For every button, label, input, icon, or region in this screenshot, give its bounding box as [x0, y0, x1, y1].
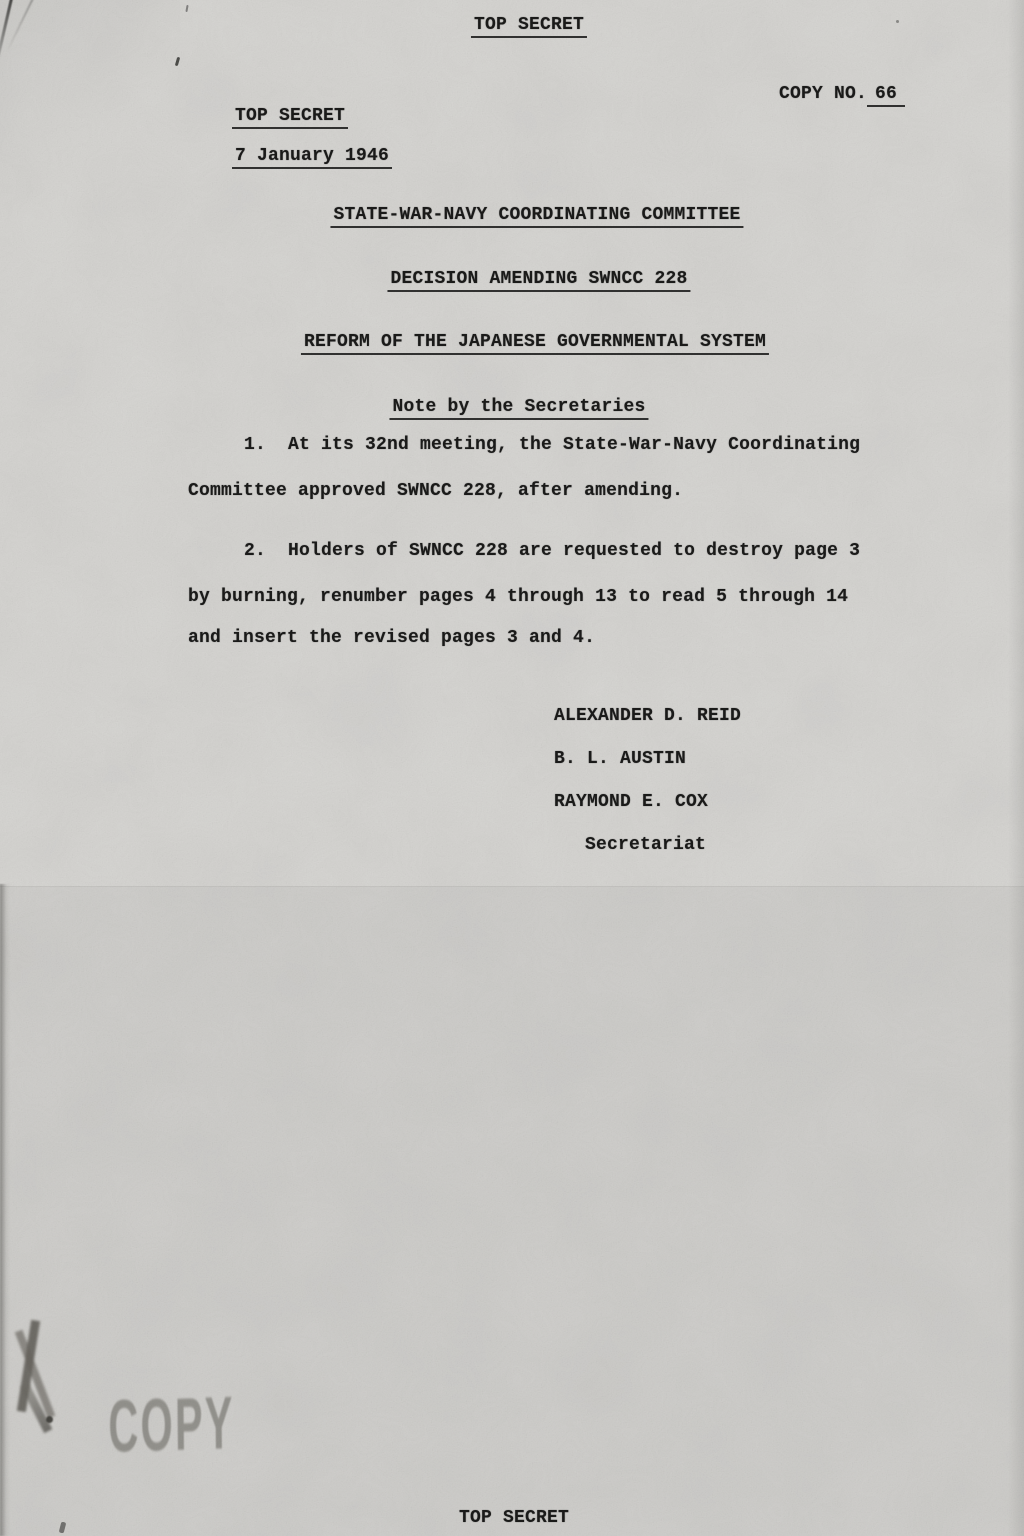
signature-name-1: ALEXANDER D. REID	[554, 705, 741, 727]
scan-left-edge-shadow	[0, 884, 10, 1536]
signature-name-2: B. L. AUSTIN	[554, 748, 686, 770]
classification-footer: TOP SECRET	[459, 1507, 569, 1529]
document-date-text: 7 January 1946	[232, 145, 392, 169]
title-subject-text: REFORM OF THE JAPANESE GOVERNMENTAL SYST…	[301, 331, 769, 355]
copy-number-value: 66	[867, 83, 905, 107]
classification-banner-top: TOP SECRET	[427, 0, 587, 60]
title-committee: STATE-WAR-NAVY COORDINATING COMMITTEE	[286, 182, 743, 250]
paragraph-2-line-1: 2. Holders of SWNCC 228 are requested to…	[244, 540, 860, 562]
ink-speck	[185, 5, 188, 12]
note-heading: Note by the Secretaries	[345, 374, 648, 442]
note-heading-text: Note by the Secretaries	[389, 396, 648, 420]
title-subject: REFORM OF THE JAPANESE GOVERNMENTAL SYST…	[257, 309, 769, 377]
ink-speck	[896, 20, 899, 23]
title-decision-text: DECISION AMENDING SWNCC 228	[387, 268, 690, 292]
paragraph-1-line-1: 1. At its 32nd meeting, the State-War-Na…	[244, 434, 860, 456]
paper-tear-dot	[46, 1416, 53, 1423]
copy-number-line: COPY NO.66	[779, 83, 905, 107]
title-decision: DECISION AMENDING SWNCC 228	[343, 246, 690, 314]
scanned-document-page: TOP SECRET TOP SECRET COPY NO.66 7 Janua…	[0, 0, 1024, 1536]
scan-shading-top-left	[0, 0, 180, 220]
copy-number-label: COPY NO.	[779, 84, 867, 104]
paragraph-2-line-2: by burning, renumber pages 4 through 13 …	[188, 586, 848, 608]
copy-stamp: COPY	[108, 1386, 235, 1464]
scan-shading-right-edge	[1008, 0, 1024, 1536]
paragraph-1-line-2: Committee approved SWNCC 228, after amen…	[188, 480, 683, 502]
classification-banner-top-text: TOP SECRET	[471, 14, 587, 38]
paragraph-2-line-3: and insert the revised pages 3 and 4.	[188, 627, 595, 649]
title-committee-text: STATE-WAR-NAVY COORDINATING COMMITTEE	[330, 204, 743, 228]
document-date: 7 January 1946	[188, 123, 392, 191]
signature-name-3: RAYMOND E. COX	[554, 791, 708, 813]
signature-role: Secretariat	[585, 834, 706, 856]
